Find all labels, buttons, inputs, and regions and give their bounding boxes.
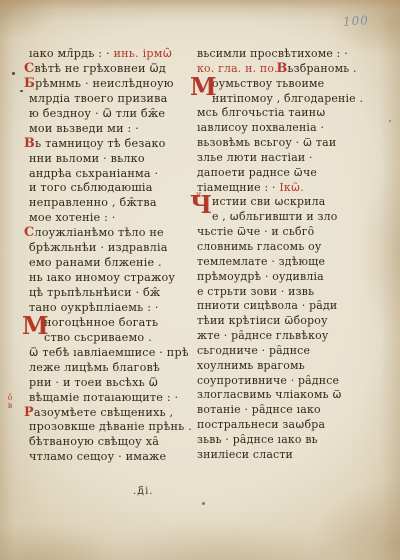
text-line: постральнеси заѡбра [197, 418, 375, 433]
text-segment: леже лицѣмь благовѣ [29, 361, 160, 374]
text-line: жте · ра̑днсе гльвѣкоу [197, 329, 375, 344]
folio-number: 100 [343, 13, 370, 29]
text-segment: жте · ра̑днсе гльвѣкоу [197, 329, 329, 342]
text-line: мое хотеніе : · [29, 211, 195, 226]
text-line: дапоети раднсе ѿче [197, 166, 375, 181]
text-line: брѣжльнѣи · издравліа [29, 241, 195, 256]
text-segment: вотаніе · ра̑днсе ıако [197, 403, 321, 416]
text-line: нни вьломи · вьлко [29, 152, 195, 167]
text-line: темлемлате · здѣюще [197, 255, 375, 270]
text-segment: прозовкше дѣваніе прѣнь . [29, 420, 192, 433]
text-segment: злье люти настіаи · [197, 151, 313, 164]
text-segment: истии сви ѡскрила [212, 195, 325, 208]
text-line: сьгодниче · ра̑днсе [197, 344, 375, 359]
rubric-text: инь. ірмѡ̑ [110, 47, 172, 60]
text-line: Многоцѣнное богать [29, 316, 195, 331]
text-line: хоулнимь врагомь [197, 359, 375, 374]
text-line: чтламо сещоу · имаже [29, 450, 195, 465]
text-line: чьстіе ѿче · и сьбго̑ [197, 225, 375, 240]
text-segment: ıако мл̑рдь : · [29, 47, 110, 60]
drop-cap-initial: М [190, 75, 217, 99]
text-segment: ство сьсриваемо . [44, 331, 152, 344]
text-line: словнимь гласомь оу [197, 240, 375, 255]
text-line: цѣ трьпѣльнѣиси · бж̑ [29, 286, 195, 301]
rubric-text: Ікѡ̑. [279, 181, 304, 194]
text-line: тѣии крѣтіиси ѿбороу [197, 314, 375, 329]
text-segment: ьзбраномь . [287, 62, 356, 75]
text-column-right: вьсимли просвѣтихоме : ·ко. гла. н. по. … [197, 47, 375, 463]
text-segment: ıавлисоу похваленіа · [197, 121, 324, 134]
rubric-initial: В [276, 61, 287, 76]
text-segment: зниліеси сласти [197, 448, 293, 461]
ink-speck [202, 502, 205, 505]
text-line: Чистии сви ѡскрила [197, 195, 375, 210]
text-line: ко. гла. н. по. Вьзбраномь . [197, 62, 375, 77]
text-line: мсь блгочьстіа таинѡ [197, 106, 375, 121]
text-line: Разоумѣете свѣщенихь , [29, 406, 195, 421]
text-segment: вьзовѣмь всьгоу · ѿ таи [197, 136, 336, 149]
text-line: нитіпомоу , блгодареніе . [197, 92, 375, 107]
text-segment: пниоти сицѣвола · ра̑ди [197, 299, 337, 312]
text-line: вѣщаміе потаıающите : · [29, 391, 195, 406]
text-segment: нни вьломи · вьлко [29, 152, 145, 165]
text-line: злье люти настіаи · [197, 151, 375, 166]
text-line: тіамещние : · Ікѡ̑. [197, 181, 375, 196]
text-segment: ю бездноу · ѿ тли бж̑е [29, 107, 165, 120]
text-line: вьсимли просвѣтихоме : · [197, 47, 375, 62]
text-line: прѣмоудрѣ · оудивліа [197, 270, 375, 285]
text-line: ѿ тебѣ ıавліаемшисе · прѣ [29, 346, 195, 361]
text-line: соупротивниче · ра̑днсе [197, 374, 375, 389]
text-line: Брѣмнмь · неислѣдноую [29, 77, 195, 92]
text-segment: неправленно , бж̑тва [29, 196, 157, 209]
rubric-initial: Р [24, 405, 34, 420]
text-line: вьзовѣмь всьгоу · ѿ таи [197, 136, 375, 151]
text-line: емо ранами блженіе . [29, 256, 195, 271]
text-segment: рни · и тоеи вьсѣхь ѿ [29, 376, 158, 389]
rubric-initial: С [24, 61, 34, 76]
text-segment: андрѣа сьхраніанма · [29, 167, 158, 180]
text-segment: мои вьзведи ми : · [29, 122, 139, 135]
text-segment: сьгодниче · ра̑днсе [197, 344, 310, 357]
text-segment: брѣжльнѣи · издравліа [29, 241, 168, 254]
text-segment: азоумѣете свѣщенихь , [34, 406, 173, 419]
text-line: злогласвимь чліакомь ѿ [197, 388, 375, 403]
text-line: неправленно , бж̑тва [29, 196, 195, 211]
text-line: ıако мл̑рдь : · инь. ірмѡ̑ [29, 47, 195, 62]
text-segment: млрдіа твоего призива [29, 92, 167, 105]
text-line: е стрьти зови · извь [197, 285, 375, 300]
text-line: леже лицѣмь благовѣ [29, 361, 195, 376]
text-segment: емо ранами блженіе . [29, 256, 162, 269]
text-segment: прѣмоудрѣ · оудивліа [197, 270, 324, 283]
text-segment: зьвь · ра̑днсе ıако вь [197, 433, 318, 446]
text-segment: нь ıако иномоу стражоу [29, 271, 175, 284]
text-segment: ь тамницоу тѣ безако [35, 137, 166, 150]
rubric-initial: Б [24, 76, 35, 91]
text-segment: е , ѡбльгившти и зло [212, 210, 337, 223]
ink-speck [389, 120, 391, 122]
text-line: млрдіа твоего призива [29, 92, 195, 107]
text-line: ство сьсриваемо . [29, 331, 195, 346]
text-line: нь ıако иномоу стражоу [29, 271, 195, 286]
text-segment: мое хотеніе : · [29, 211, 116, 224]
manuscript-page-photo: 100 о̑ в и ıако мл̑рдь : · инь. ірмѡ̑Свѣ… [0, 0, 400, 560]
text-segment: злогласвимь чліакомь ѿ [197, 388, 342, 401]
text-line: Моумьствоу тьвоиме [197, 77, 375, 92]
text-segment: мсь блгочьстіа таинѡ [197, 106, 326, 119]
text-segment: вѣщаміе потаıающите : · [29, 391, 178, 404]
text-segment: темлемлате · здѣюще [197, 255, 325, 268]
text-segment: дапоети раднсе ѿче [197, 166, 317, 179]
drop-cap-initial: Ч [190, 193, 212, 217]
text-segment: нитіпомоу , блгодареніе . [212, 92, 363, 105]
text-segment: ногоцѣнное богать [44, 316, 158, 329]
text-segment: вьсимли просвѣтихоме : · [197, 47, 348, 60]
text-segment: цѣ трьпѣльнѣиси · бж̑ [29, 286, 160, 299]
text-segment: е стрьти зови · извь [197, 285, 314, 298]
text-line: и того сьблюдаюшіа [29, 181, 195, 196]
text-line: пниоти сицѣвола · ра̑ди [197, 299, 375, 314]
ink-speck [20, 90, 23, 92]
text-line: зьвь · ра̑днсе ıако вь [197, 433, 375, 448]
text-segment: оумьствоу тьвоиме [212, 77, 324, 90]
text-segment: вѣтѣ не грѣховнеи ѿд [34, 62, 166, 75]
text-line: прозовкше дѣваніе прѣнь . [29, 420, 195, 435]
text-segment: хоулнимь врагомь [197, 359, 305, 372]
text-line: ю бездноу · ѿ тли бж̑е [29, 107, 195, 122]
text-line: Вь тамницоу тѣ безако [29, 137, 195, 152]
text-line: Слоужліанѣмо тѣло не [29, 226, 195, 241]
quire-signature: .д҃і. [133, 486, 153, 497]
text-segment: ѿ тебѣ ıавліаемшисе · прѣ [29, 346, 189, 359]
text-line: тано оукрѣпліаемь : · [29, 301, 195, 316]
text-segment: чьстіе ѿче · и сьбго̑ [197, 225, 314, 238]
text-segment: соупротивниче · ра̑днсе [197, 374, 339, 387]
left-margin-gloss: о̑ в [5, 394, 15, 410]
text-line: бѣтваноую свѣщоу ха̑ [29, 435, 195, 450]
text-line: Свѣтѣ не грѣховнеи ѿд [29, 62, 195, 77]
drop-cap-initial: М [22, 314, 49, 338]
ink-speck [12, 72, 15, 75]
text-segment: рѣмнмь · неислѣдноую [35, 77, 174, 90]
text-segment: постральнеси заѡбра [197, 418, 325, 431]
text-line: мои вьзведи ми : · [29, 122, 195, 137]
text-line: рни · и тоеи вьсѣхь ѿ [29, 376, 195, 391]
text-line: ıавлисоу похваленіа · [197, 121, 375, 136]
text-line: вотаніе · ра̑днсе ıако [197, 403, 375, 418]
text-segment: и того сьблюдаюшіа [29, 181, 153, 194]
text-segment: чтламо сещоу · имаже [29, 450, 166, 463]
text-segment: бѣтваноую свѣщоу ха̑ [29, 435, 159, 448]
text-line: андрѣа сьхраніанма · [29, 167, 195, 182]
text-line: зниліеси сласти [197, 448, 375, 463]
rubric-initial: В [24, 136, 35, 151]
text-line: е , ѡбльгившти и зло [197, 210, 375, 225]
text-segment: словнимь гласомь оу [197, 240, 322, 253]
rubric-initial: С [24, 225, 34, 240]
text-segment: тѣии крѣтіиси ѿбороу [197, 314, 328, 327]
text-column-left: ıако мл̑рдь : · инь. ірмѡ̑Свѣтѣ не грѣхо… [29, 47, 195, 465]
text-segment: лоужліанѣмо тѣло не [34, 226, 163, 239]
